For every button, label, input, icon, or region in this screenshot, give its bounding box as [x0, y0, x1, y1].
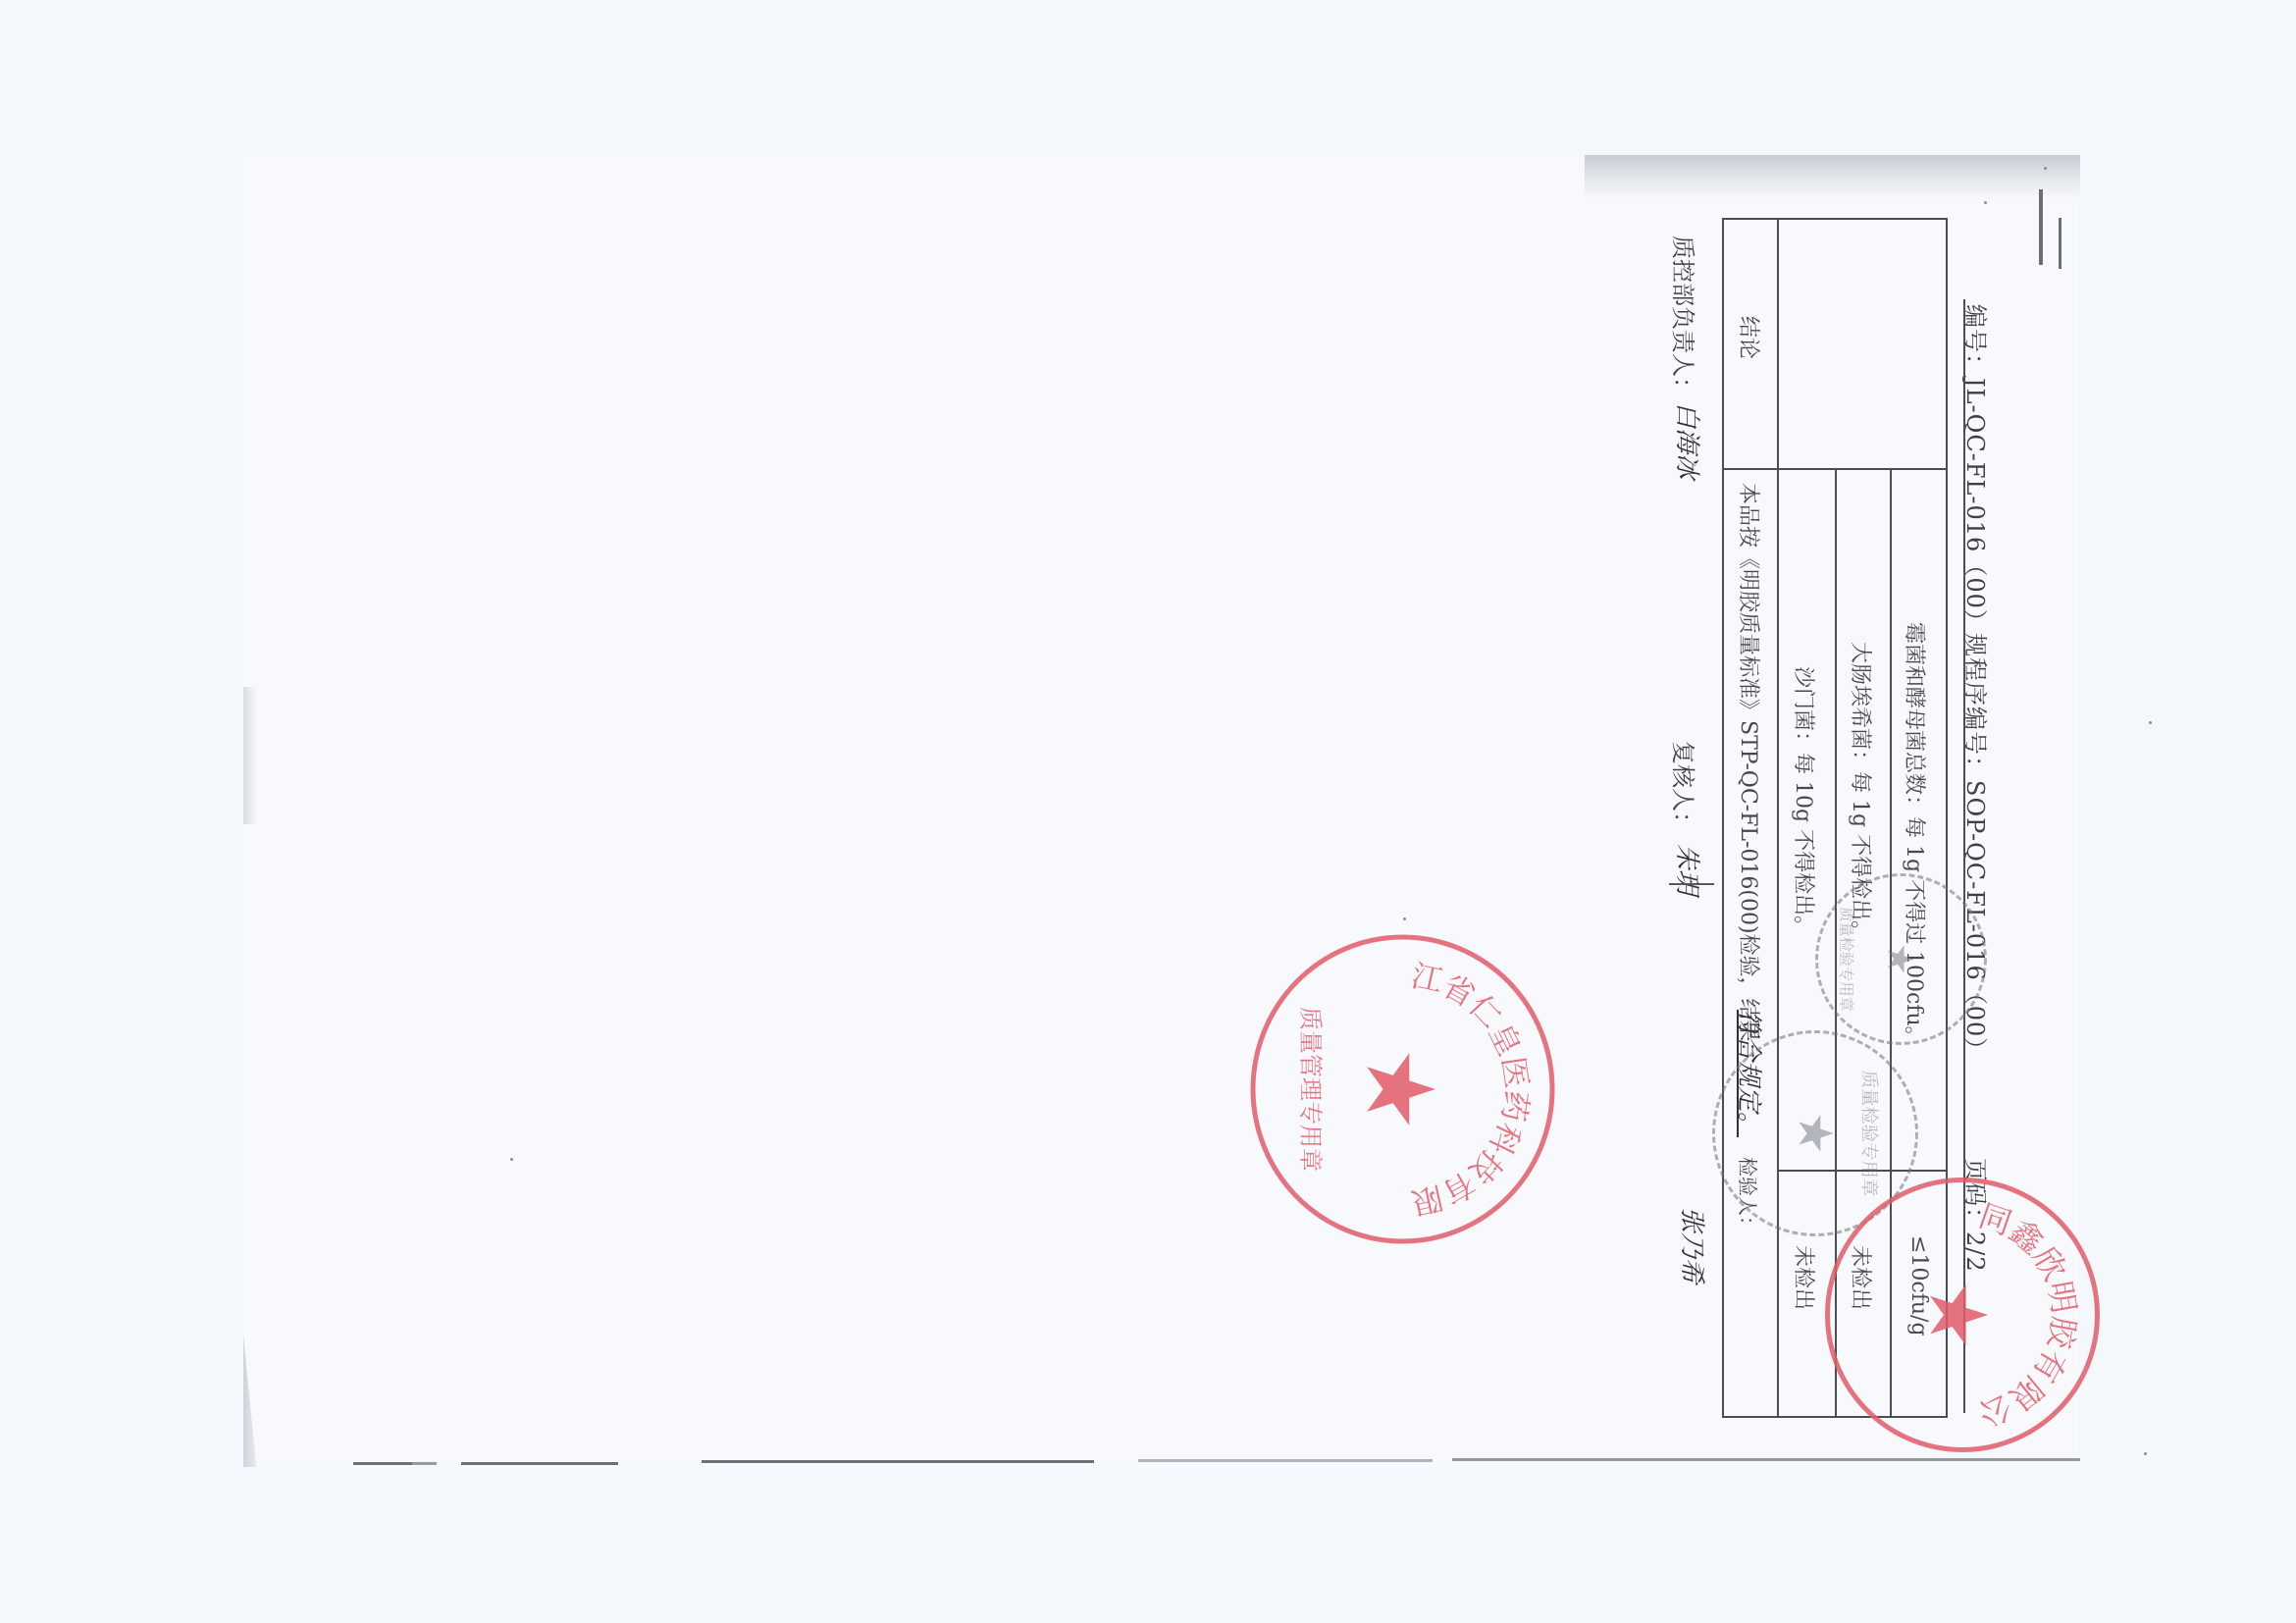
page-edge [397, 1462, 437, 1465]
svg-text:★: ★ [1788, 1112, 1844, 1155]
page-edge [702, 1460, 1094, 1463]
red-seal-supplier: 大同鑫欣明胶有限公司 ★ [1825, 1178, 2100, 1452]
scan-speck [1403, 917, 1406, 920]
conclusion-text: 本品按《明胶质量标准》STP-QC-FL-016(00)检验，结果： [1735, 483, 1765, 1064]
binding-mark [2039, 189, 2043, 265]
test-item: 沙门菌：每 10g 不得检出。 [1790, 666, 1820, 937]
pen-stroke [1669, 883, 1714, 885]
gray-seal: ★ 质量检验专用章 [1815, 873, 1987, 1045]
page-edge [461, 1462, 618, 1465]
row-divider [1777, 220, 1779, 1418]
page-edge [1138, 1459, 1433, 1462]
scan-shadow-left-mid [243, 687, 257, 824]
inspector-signature: 张乃希 [1676, 1207, 1712, 1283]
scan-shadow-top [1585, 155, 2080, 199]
svg-text:质量管理专用章: 质量管理专用章 [1297, 1007, 1325, 1172]
red-seal-quality: 黑龙江省仁皇医药科技有限公司 ★ 质量管理专用章 [1251, 935, 1555, 1244]
qc-head-signature: 白海冰 [1671, 402, 1707, 479]
record-number-label: 编号： [1961, 304, 1989, 378]
svg-text:★: ★ [1911, 1280, 2004, 1351]
inspection-record: 编号：JL-QC-FL-016（00） 规程序编号：SOP-QC-FL-016（… [1614, 196, 2007, 1472]
svg-text:质量检验专用章: 质量检验专用章 [1838, 907, 1855, 1011]
test-result: 未检出 [1790, 1245, 1820, 1310]
svg-text:★: ★ [1879, 943, 1922, 975]
reviewer-signature: 朱玥 [1671, 844, 1707, 895]
binding-mark [2059, 218, 2061, 269]
record-number-value: JL-QC-FL-016（00） [1961, 378, 1989, 634]
column-divider [1724, 468, 1946, 470]
record-number: 编号：JL-QC-FL-016（00） [1960, 304, 1995, 634]
svg-text:★: ★ [1345, 1047, 1455, 1131]
scan-speck [2144, 1452, 2147, 1455]
scan-speck [2149, 721, 2152, 724]
conclusion-label: 结论 [1735, 316, 1765, 359]
scan-speck [510, 1158, 513, 1161]
scan-speck [2044, 167, 2047, 170]
reviewer-label: 复核人： [1668, 741, 1702, 835]
procedure-number-label: 规程序编号： [1961, 633, 1989, 780]
qc-head-label: 质控部负责人： [1668, 236, 1702, 400]
svg-text:质量检验专用章: 质量检验专用章 [1858, 1071, 1879, 1197]
